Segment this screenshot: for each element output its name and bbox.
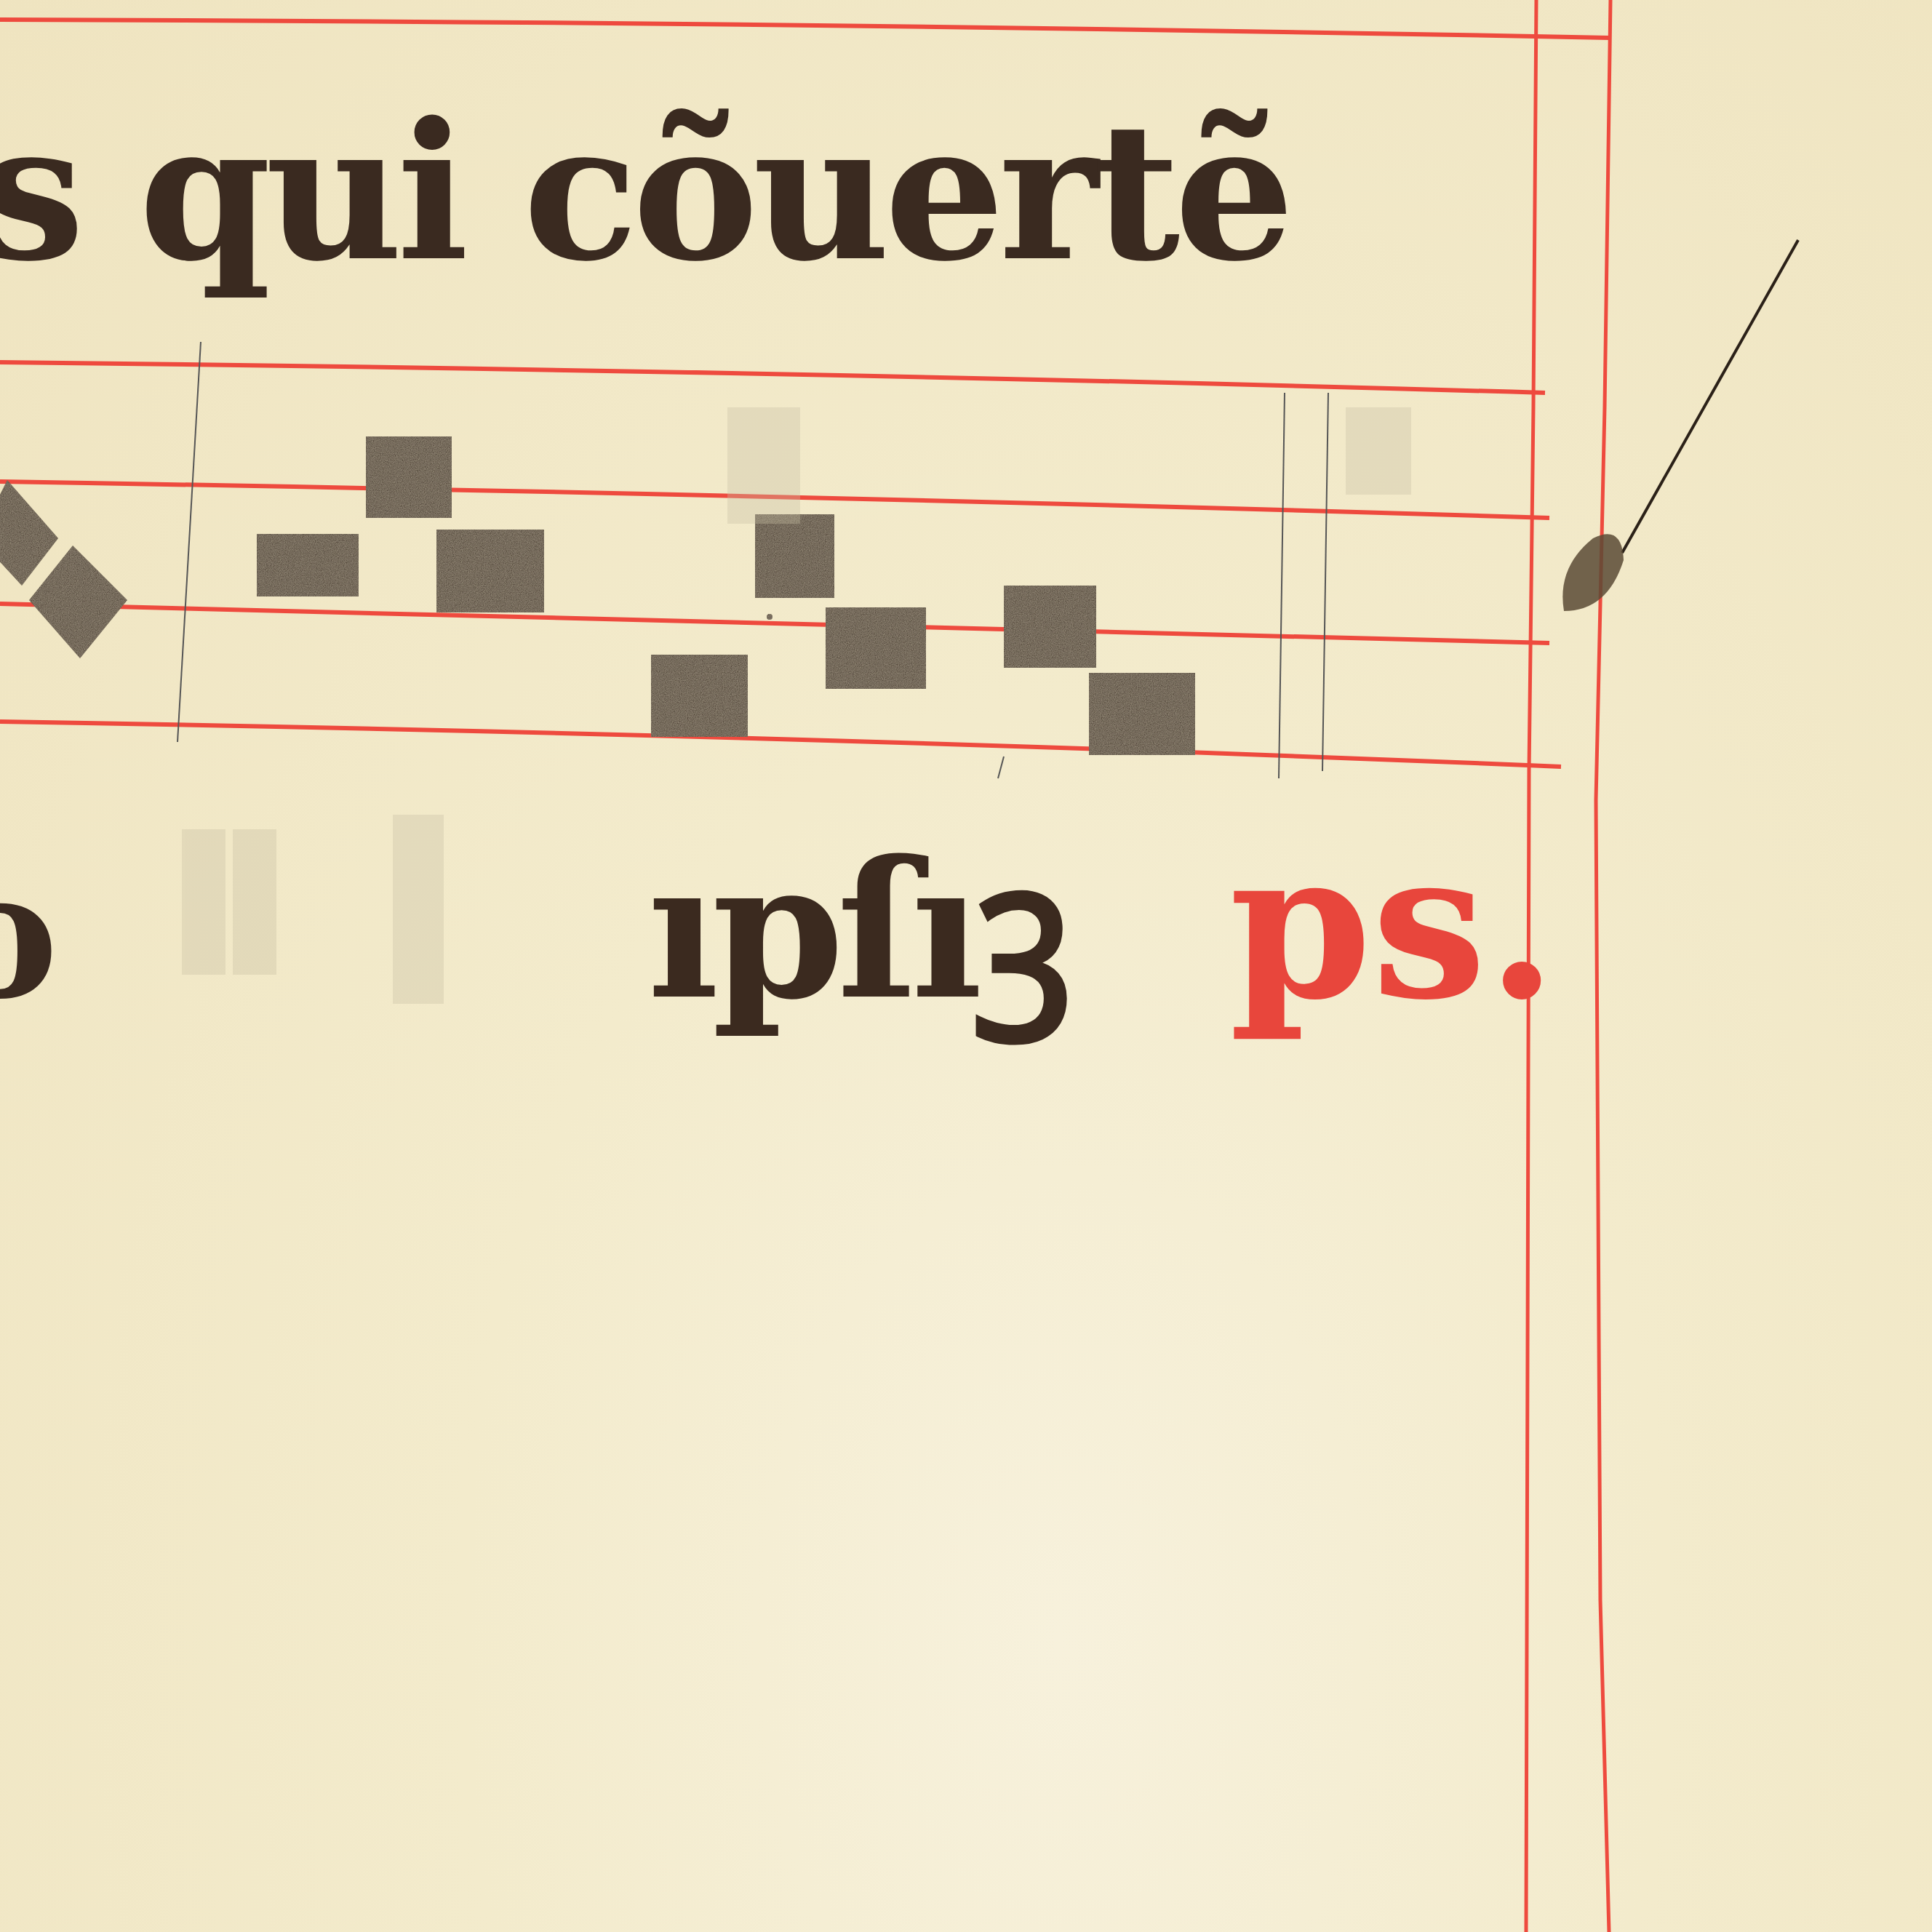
bar-line: [1279, 393, 1285, 778]
neume-square: [755, 514, 834, 598]
bar-line: [998, 757, 1004, 778]
neume-square: [366, 436, 452, 518]
manuscript-page: s qui cõuertẽ o ıpſıꝫ ps.: [0, 0, 1932, 1932]
margin-blot: [1562, 534, 1624, 611]
dot-mark: [767, 614, 773, 620]
manuscript-drawing: s qui cõuertẽ o ıpſıꝫ ps.: [0, 0, 1932, 1932]
neume-square: [1004, 586, 1096, 668]
top-rule: [0, 20, 1609, 38]
bar-line: [1322, 393, 1328, 771]
lyric-line-2: ıpſıꝫ: [647, 820, 1067, 1047]
margin-pen-stroke: [1622, 240, 1798, 553]
neume-square: [257, 534, 359, 596]
neume-square: [436, 530, 544, 612]
neume-square: [651, 655, 748, 737]
staff-line-1: [0, 362, 1545, 393]
margin-rule-outer: [1596, 0, 1610, 1932]
rubric-psalm: ps.: [1229, 806, 1557, 1045]
neume-rhombus: [29, 546, 127, 658]
neume-rhombus: [0, 480, 58, 586]
staff-line-4: [0, 722, 1561, 767]
bar-line: [177, 342, 201, 742]
neume-square: [1089, 673, 1195, 755]
lyric-line-1: s qui cõuertẽ: [0, 81, 1289, 303]
neume-square: [826, 607, 926, 689]
staff-line-3: [0, 604, 1549, 643]
lyric-fragment: o: [0, 833, 58, 1038]
